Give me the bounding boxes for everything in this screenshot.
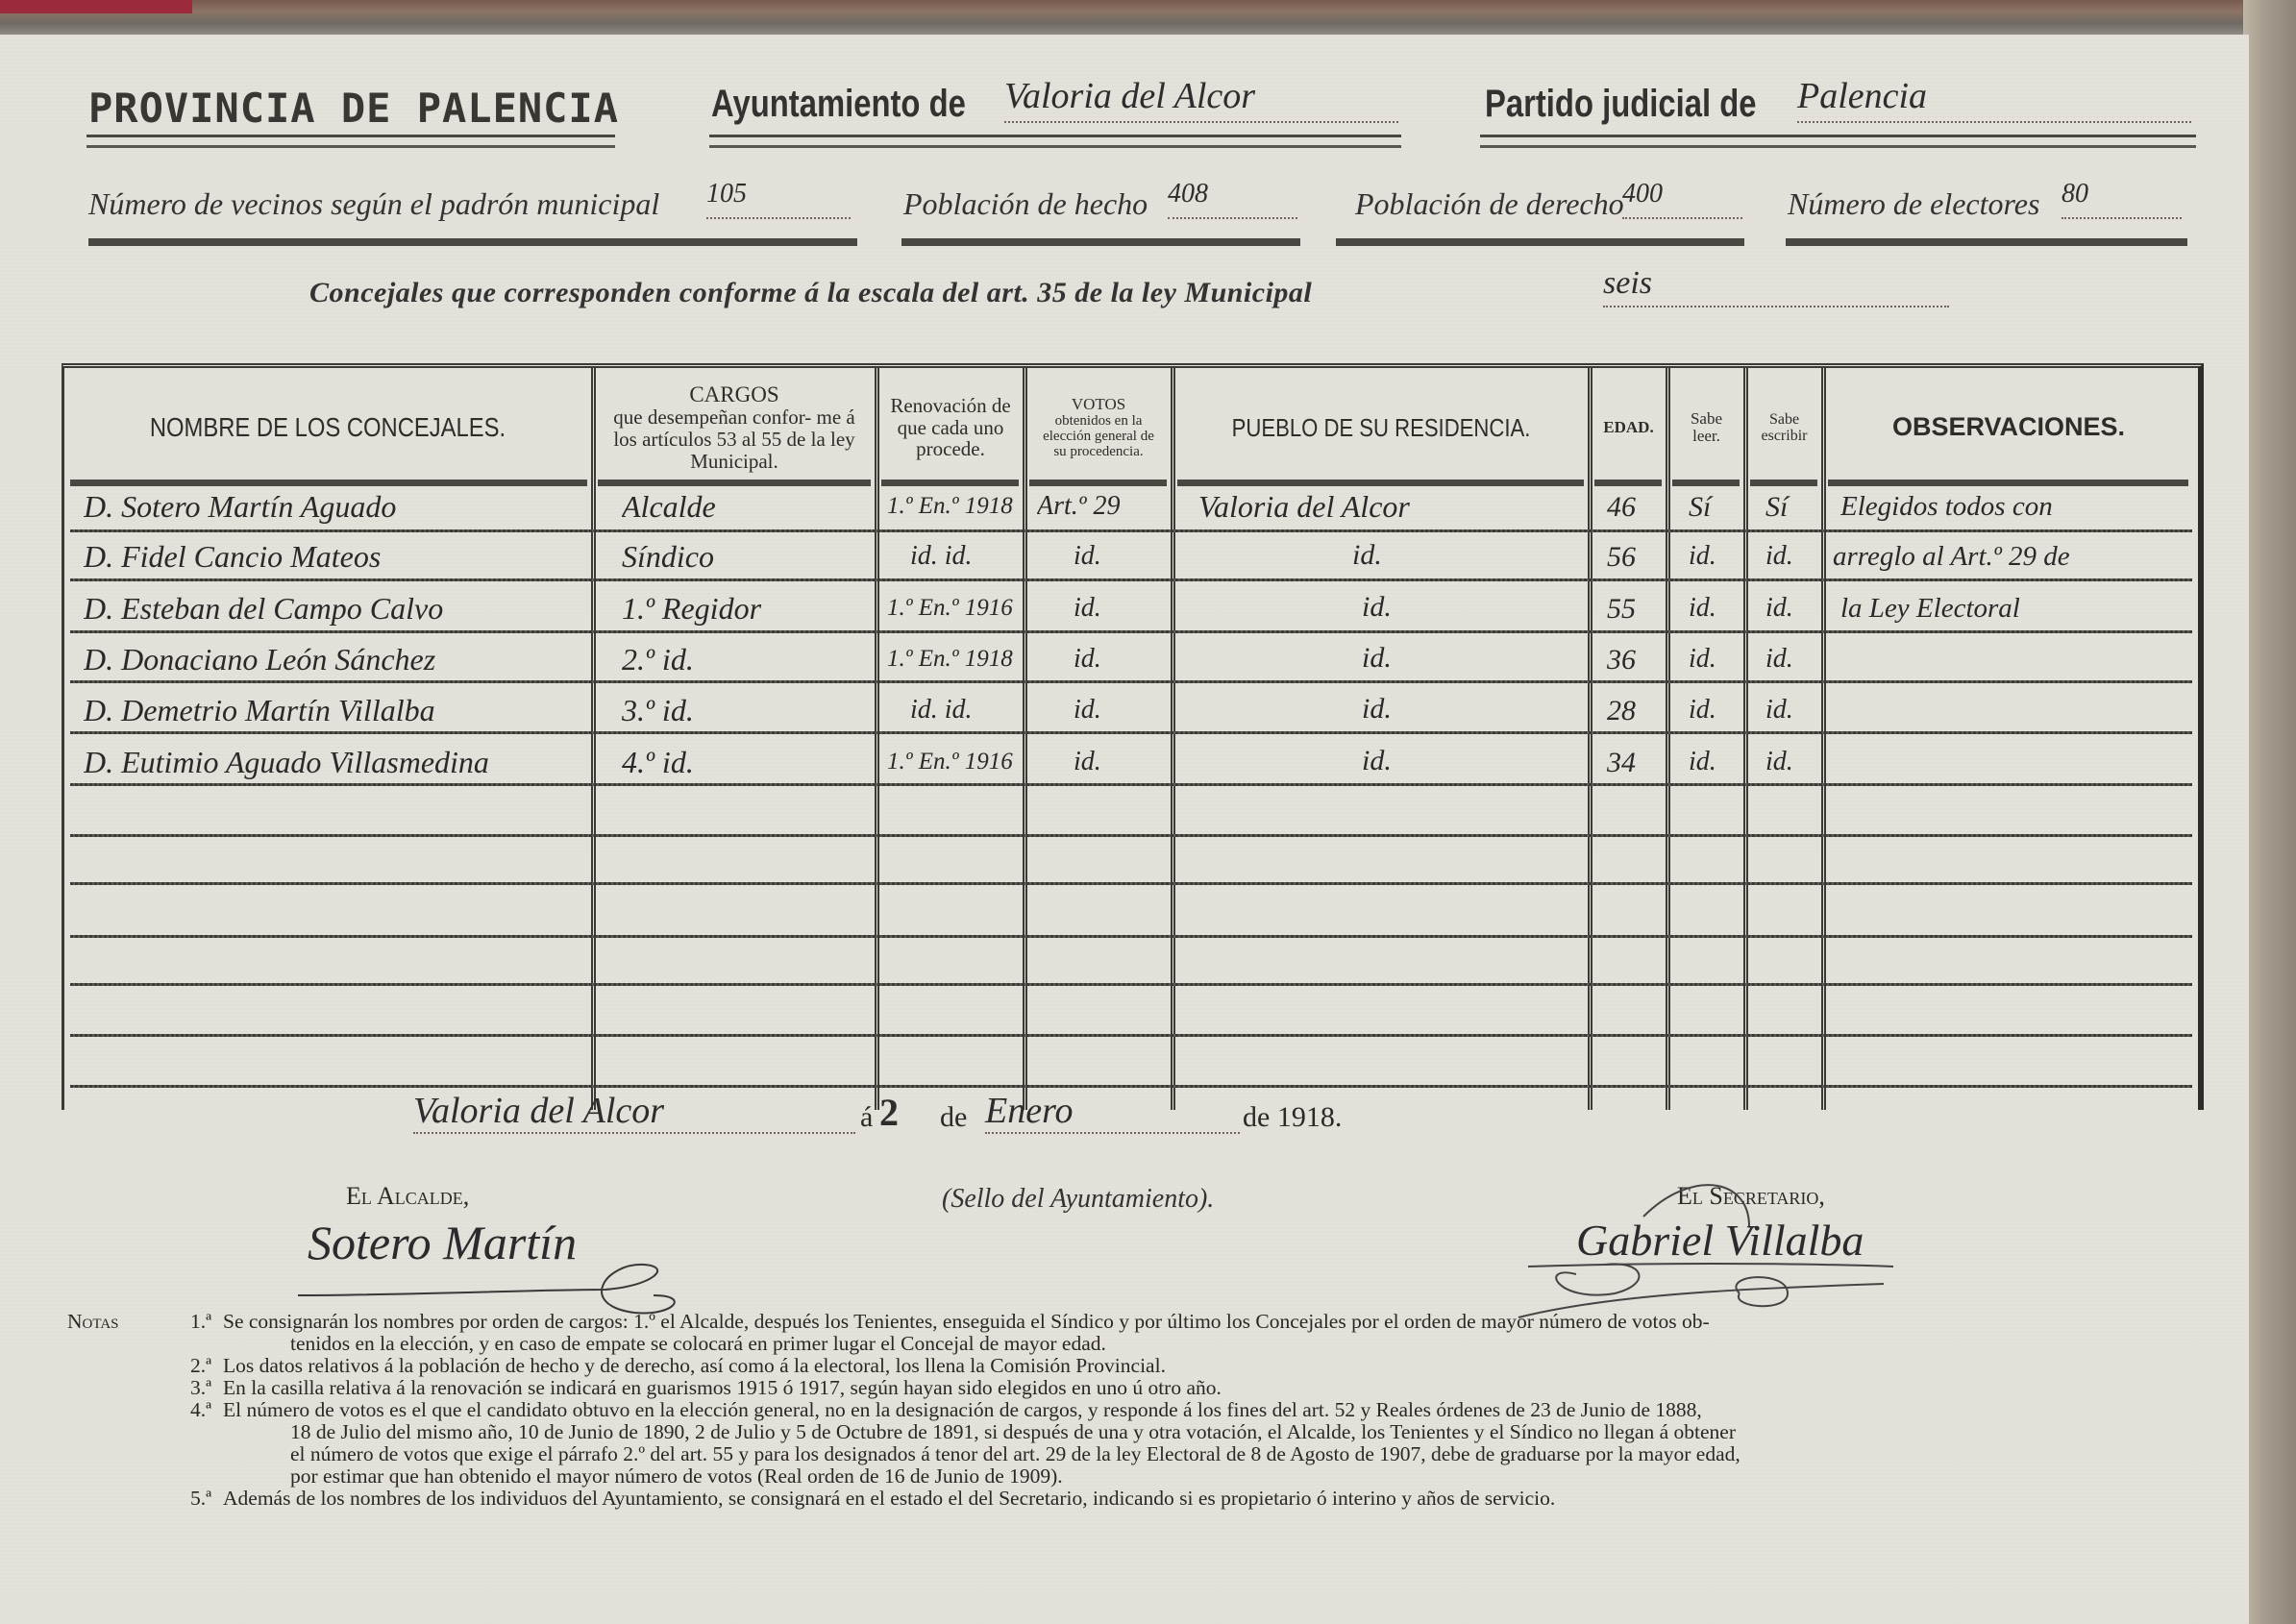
- row-rule: [70, 630, 2192, 633]
- note-text: Los datos relativos á la población de he…: [223, 1355, 1166, 1377]
- cell-observaciones[interactable]: arreglo al Art.º 29 de: [1833, 541, 2186, 573]
- ayuntamiento-field[interactable]: Valoria del Alcor: [1004, 75, 1398, 123]
- header-rule: [1828, 480, 2188, 486]
- concejales-table: NOMBRE DE LOS CONCEJALES. CARGOS que des…: [62, 363, 2204, 1110]
- row-rule: [70, 529, 2192, 532]
- divider: [709, 135, 1401, 148]
- cell-pueblo[interactable]: id.: [1362, 693, 1554, 726]
- date-place-field[interactable]: Valoria del Alcor: [413, 1090, 855, 1134]
- header-renovacion: Renovación de que cada uno procede.: [879, 376, 1022, 480]
- cell-renovacion[interactable]: 1.º En.º 1918: [887, 646, 1022, 673]
- note-number: 4.ª: [67, 1399, 223, 1421]
- province-title: PROVINCIA DE PALENCIA: [88, 85, 619, 132]
- cell-nombre[interactable]: D. Demetrio Martín Villalba: [84, 693, 583, 728]
- note-number: 3.ª: [67, 1377, 223, 1399]
- book-edge-right: [2243, 0, 2296, 1624]
- concejales-field[interactable]: seis: [1603, 265, 1949, 308]
- partido-field[interactable]: Palencia: [1797, 75, 2191, 123]
- cell-edad[interactable]: 28: [1607, 695, 1665, 727]
- cell-nombre[interactable]: D. Sotero Martín Aguado: [84, 489, 583, 525]
- cell-renovacion[interactable]: id. id.: [910, 695, 1016, 726]
- divider: [1480, 135, 2196, 148]
- header-votos-title: VOTOS: [1072, 396, 1125, 413]
- col-divider: [1171, 368, 1175, 1110]
- cell-edad[interactable]: 46: [1607, 491, 1665, 524]
- cell-votos[interactable]: id.: [1074, 695, 1160, 726]
- notes-section: Notas 1.ª Se consignarán los nombres por…: [67, 1311, 2220, 1510]
- header-sabe-escribir: Sabe escribir: [1748, 376, 1820, 480]
- electores-label: Número de electores: [1788, 186, 2039, 222]
- cell-pueblo[interactable]: id.: [1352, 539, 1544, 572]
- note-item: Notas 1.ª Se consignarán los nombres por…: [67, 1311, 2220, 1333]
- vecinos-field[interactable]: 105: [706, 179, 851, 219]
- cell-votos[interactable]: id.: [1074, 593, 1160, 624]
- cell-pueblo[interactable]: Valoria del Alcor: [1198, 489, 1583, 525]
- note-item-cont: tenidos en la elección, y en caso de emp…: [67, 1333, 2220, 1355]
- note-number: 5.ª: [67, 1488, 223, 1510]
- alcalde-label: El Alcalde,: [346, 1182, 469, 1211]
- cell-observaciones[interactable]: Elegidos todos con: [1840, 491, 2186, 523]
- header-pueblo: PUEBLO DE SU RESIDENCIA.: [1206, 376, 1556, 480]
- note-text: por estimar que han obtenido el mayor nú…: [290, 1465, 1063, 1488]
- header-observaciones: OBSERVACIONES.: [1826, 376, 2191, 480]
- header-edad: EDAD.: [1592, 376, 1665, 480]
- note-text: 18 de Julio del mismo año, 10 de Junio d…: [290, 1421, 1736, 1443]
- divider: [88, 238, 857, 246]
- cell-edad[interactable]: 36: [1607, 644, 1665, 677]
- row-rule: [70, 882, 2192, 885]
- derecho-field[interactable]: 400: [1622, 179, 1742, 219]
- cell-edad[interactable]: 55: [1607, 593, 1665, 626]
- header-cargos-title: CARGOS: [689, 383, 778, 407]
- header-votos-sub: obtenidos en la elección general de su p…: [1036, 413, 1161, 460]
- note-number: 1.ª: [144, 1311, 223, 1333]
- cell-edad[interactable]: 56: [1607, 541, 1665, 574]
- cell-renovacion[interactable]: 1.º En.º 1916: [887, 595, 1022, 622]
- note-item: 3.ª En la casilla relativa á la renovaci…: [67, 1377, 2220, 1399]
- book-cover-red: [0, 0, 192, 13]
- cell-votos[interactable]: id.: [1074, 541, 1160, 572]
- header-votos: VOTOS obtenidos en la elección general d…: [1027, 376, 1170, 480]
- note-text: Se consignarán los nombres por orden de …: [223, 1311, 1710, 1333]
- date-day-field[interactable]: 2: [879, 1090, 899, 1135]
- date-de-label: de: [940, 1101, 967, 1134]
- row-rule: [70, 1085, 2192, 1088]
- header-rule: [1672, 480, 1740, 486]
- note-item-cont: 18 de Julio del mismo año, 10 de Junio d…: [67, 1421, 2220, 1443]
- ayuntamiento-label: Ayuntamiento de: [711, 83, 966, 126]
- divider: [901, 238, 1300, 246]
- row-rule: [70, 935, 2192, 938]
- cell-cargo[interactable]: Alcalde: [622, 489, 862, 525]
- cell-leer[interactable]: id.: [1689, 593, 1741, 624]
- document-page: PROVINCIA DE PALENCIA Ayuntamiento de Va…: [0, 35, 2249, 1624]
- notes-label: Notas: [67, 1311, 144, 1333]
- row-rule: [70, 834, 2192, 837]
- header-cargos-sub: que desempeñan confor- me á los artículo…: [609, 406, 859, 472]
- cell-escribir[interactable]: id.: [1765, 747, 1818, 777]
- date-a-label: á: [860, 1101, 873, 1134]
- vecinos-label: Número de vecinos según el padrón munici…: [88, 186, 659, 222]
- header-nombre: NOMBRE DE LOS CONCEJALES.: [104, 376, 552, 480]
- header-rule: [1029, 480, 1167, 486]
- cell-nombre[interactable]: D. Fidel Cancio Mateos: [84, 539, 583, 575]
- cell-escribir[interactable]: id.: [1765, 541, 1818, 572]
- cell-leer[interactable]: id.: [1689, 747, 1741, 777]
- header-cargos: CARGOS que desempeñan confor- me á los a…: [596, 376, 873, 480]
- cell-votos[interactable]: id.: [1074, 747, 1160, 777]
- cell-pueblo[interactable]: id.: [1362, 642, 1554, 675]
- divider: [1336, 238, 1744, 246]
- cell-cargo[interactable]: 3.º id.: [622, 693, 862, 728]
- derecho-label: Población de derecho: [1355, 186, 1624, 222]
- header-rule: [598, 480, 871, 486]
- cell-leer[interactable]: id.: [1689, 644, 1741, 675]
- note-item: 4.ª El número de votos es el que el cand…: [67, 1399, 2220, 1421]
- date-month-field[interactable]: Enero: [985, 1090, 1240, 1134]
- secretario-rubric-icon: [1499, 1149, 1903, 1322]
- row-rule: [70, 680, 2192, 683]
- cell-votos[interactable]: id.: [1074, 644, 1160, 675]
- divider: [1786, 238, 2187, 246]
- row-rule: [70, 783, 2192, 786]
- note-item-cont: el número de votos que exige el párrafo …: [67, 1443, 2220, 1465]
- header-rule: [1750, 480, 1817, 486]
- date-year-label: de 1918.: [1243, 1101, 1342, 1134]
- note-text: tenidos en la elección, y en caso de emp…: [290, 1333, 1106, 1355]
- partido-label: Partido judicial de: [1485, 83, 1757, 126]
- note-item: 5.ª Además de los nombres de los individ…: [67, 1488, 2220, 1510]
- cell-leer[interactable]: Sí: [1689, 491, 1741, 524]
- note-text: el número de votos que exige el párrafo …: [290, 1443, 1741, 1465]
- cell-nombre[interactable]: D. Donaciano León Sánchez: [84, 642, 583, 677]
- cell-cargo[interactable]: Síndico: [622, 539, 862, 575]
- cell-leer[interactable]: id.: [1689, 541, 1741, 572]
- note-text: El número de votos es el que el candidat…: [223, 1399, 1702, 1421]
- cell-votos[interactable]: Art.º 29: [1037, 491, 1167, 522]
- note-item: 2.ª Los datos relativos á la población d…: [67, 1355, 2220, 1377]
- concejales-label: Concejales que corresponden conforme á l…: [309, 277, 1312, 309]
- row-rule: [70, 1034, 2192, 1037]
- note-text: Además de los nombres de los individuos …: [223, 1488, 1555, 1510]
- cell-observaciones[interactable]: la Ley Electoral: [1840, 593, 2186, 625]
- note-number: 2.ª: [67, 1355, 223, 1377]
- cell-escribir[interactable]: Sí: [1765, 491, 1818, 524]
- cell-escribir[interactable]: id.: [1765, 644, 1818, 675]
- cell-pueblo[interactable]: id.: [1362, 591, 1554, 624]
- cell-cargo[interactable]: 1.º Regidor: [622, 591, 862, 627]
- header-rule: [881, 480, 1019, 486]
- cell-edad[interactable]: 34: [1607, 747, 1665, 779]
- note-text: En la casilla relativa á la renovación s…: [223, 1377, 1222, 1399]
- header-rule: [1594, 480, 1662, 486]
- sello-label: (Sello del Ayuntamiento).: [942, 1184, 1214, 1215]
- cell-renovacion[interactable]: 1.º En.º 1918: [887, 493, 1022, 520]
- electores-field[interactable]: 80: [2061, 179, 2182, 219]
- cell-escribir[interactable]: id.: [1765, 593, 1818, 624]
- divider: [86, 135, 615, 148]
- header-sabe-leer: Sabe leer.: [1670, 376, 1742, 480]
- cell-renovacion[interactable]: id. id.: [910, 541, 1016, 572]
- hecho-label: Población de hecho: [903, 186, 1148, 222]
- cell-pueblo[interactable]: id.: [1362, 745, 1554, 777]
- row-rule: [70, 983, 2192, 986]
- hecho-field[interactable]: 408: [1168, 179, 1297, 219]
- row-rule: [70, 578, 2192, 581]
- book-edge-top: [0, 0, 2296, 38]
- cell-cargo[interactable]: 4.º id.: [622, 745, 862, 780]
- note-item-cont: por estimar que han obtenido el mayor nú…: [67, 1465, 2220, 1488]
- cell-escribir[interactable]: id.: [1765, 695, 1818, 726]
- header-rule: [1177, 480, 1584, 486]
- header-rule: [70, 480, 587, 486]
- row-rule: [70, 731, 2192, 734]
- cell-renovacion[interactable]: 1.º En.º 1916: [887, 749, 1022, 775]
- cell-nombre[interactable]: D. Esteban del Campo Calvo: [84, 591, 583, 627]
- cell-nombre[interactable]: D. Eutimio Aguado Villasmedina: [84, 745, 583, 780]
- cell-cargo[interactable]: 2.º id.: [622, 642, 862, 677]
- cell-leer[interactable]: id.: [1689, 695, 1741, 726]
